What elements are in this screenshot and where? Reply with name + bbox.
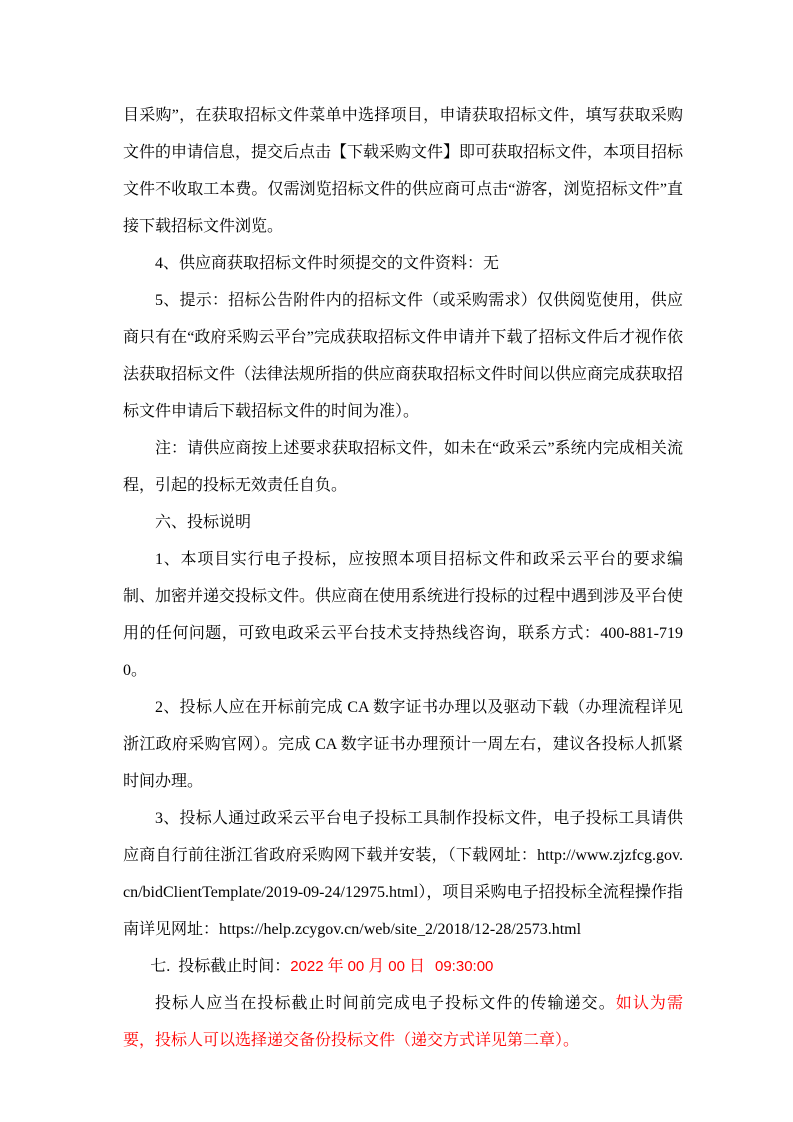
paragraph-item4-required-documents: 4、供应商获取招标文件时须提交的文件资料：无 <box>123 245 683 282</box>
deadline-day-unit: 日 <box>409 958 425 975</box>
submission-normal-text: 投标人应当在投标截止时间前完成电子投标文件的传输递交。 <box>155 995 616 1012</box>
paragraph-submission-requirement: 投标人应当在投标截止时间前完成电子投标文件的传输递交。如认为需要，投标人可以选择… <box>123 985 683 1059</box>
paragraph-bid-deadline: 七. 投标截止时间：2022 年 00 月 00 日09:30:00 <box>123 948 683 985</box>
paragraph-bid-item2-ca-certificate: 2、投标人应在开标前完成 CA 数字证书办理以及驱动下载（办理流程详见浙江政府采… <box>123 689 683 800</box>
deadline-label: 七. 投标截止时间： <box>150 958 290 975</box>
paragraph-bid-item1-electronic-bidding: 1、本项目实行电子投标，应按照本项目招标文件和政采云平台的要求编制、加密并递交投… <box>123 541 683 689</box>
paragraph-obtain-procedure-continued: 目采购”，在获取招标文件菜单中选择项目，申请获取招标文件，填写获取采购文件的申请… <box>123 97 683 245</box>
deadline-year-unit: 年 <box>328 958 344 975</box>
section-heading-6-bid-instructions: 六、投标说明 <box>123 504 683 541</box>
document-page: 目采购”，在获取招标文件菜单中选择项目，申请获取招标文件，填写获取采购文件的申请… <box>0 0 793 1122</box>
paragraph-bid-item3-bid-tool-urls: 3、投标人通过政采云平台电子投标工具制作投标文件，电子投标工具请供应商自行前往浙… <box>123 800 683 948</box>
document-content: 目采购”，在获取招标文件菜单中选择项目，申请获取招标文件，填写获取采购文件的申请… <box>123 97 683 1059</box>
paragraph-item5-download-notice: 5、提示：招标公告附件内的招标文件（或采购需求）仅供阅览使用，供应商只有在“政府… <box>123 282 683 430</box>
deadline-month-unit: 月 <box>368 958 384 975</box>
deadline-day: 00 <box>388 958 405 975</box>
deadline-year: 2022 <box>290 958 323 975</box>
paragraph-note-zhengcaiyun: 注：请供应商按上述要求获取招标文件，如未在“政采云”系统内完成相关流程，引起的投… <box>123 430 683 504</box>
deadline-month: 00 <box>348 958 365 975</box>
deadline-time: 09:30:00 <box>435 958 493 975</box>
